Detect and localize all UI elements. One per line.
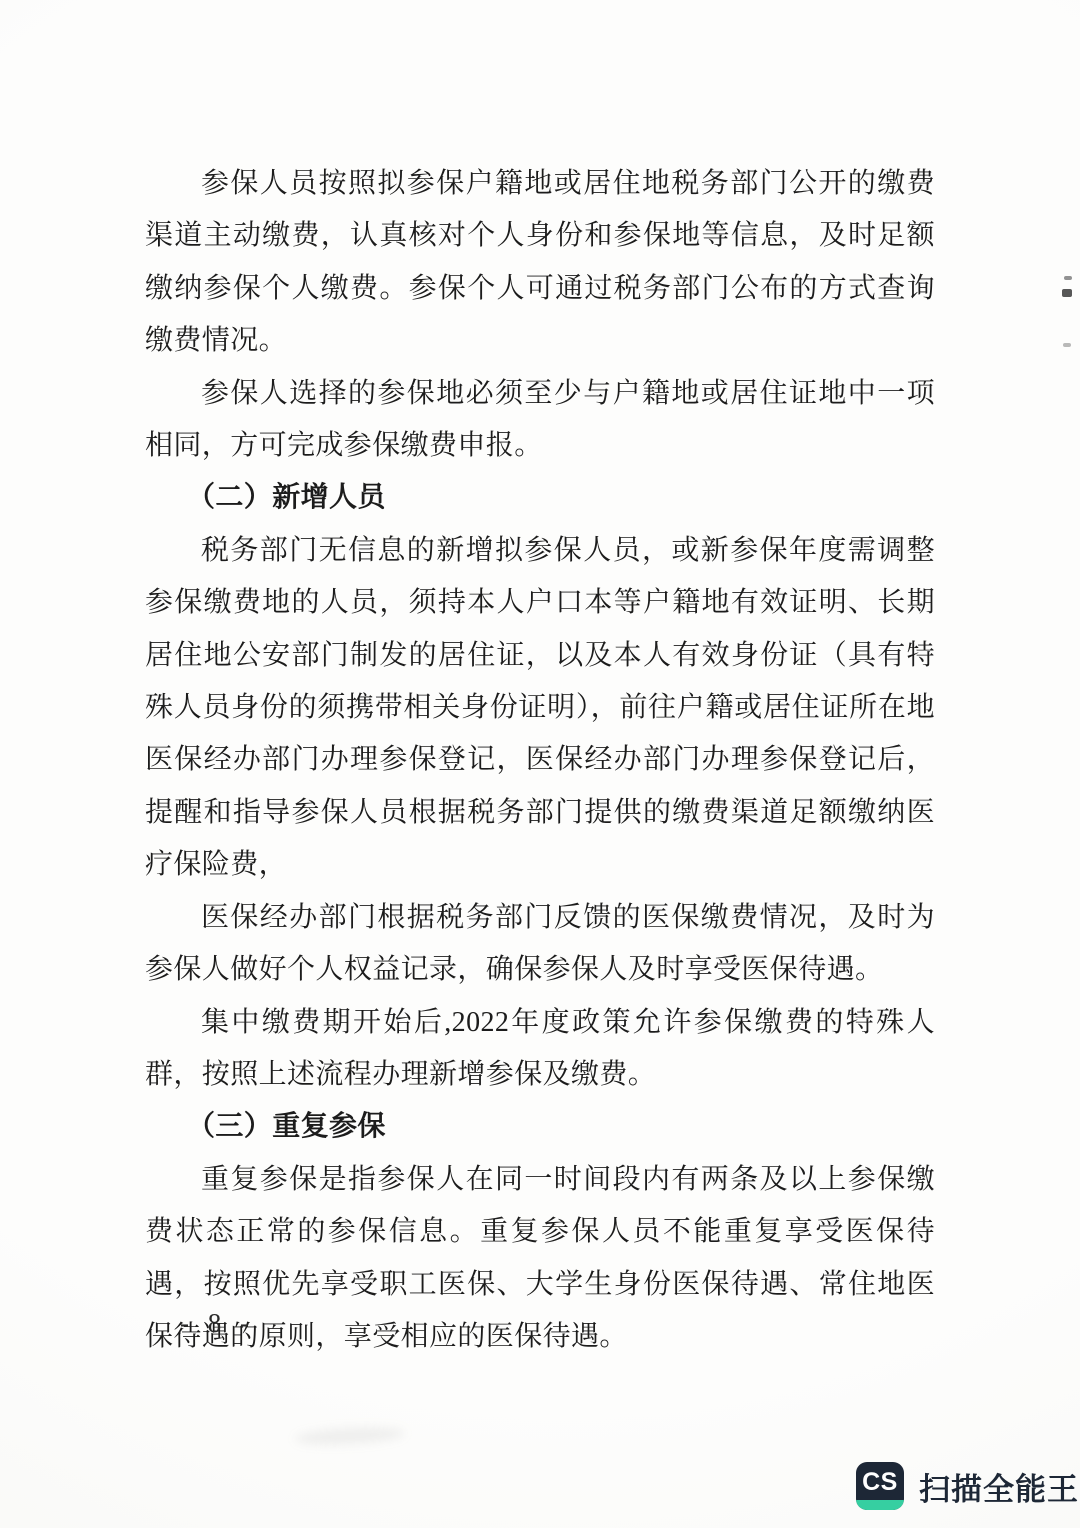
- paragraph: 税务部门无信息的新增拟参保人员，或新参保年度需调整参保缴费地的人员，须持本人户口…: [145, 525, 935, 892]
- section-heading: （三）重复参保: [145, 1101, 935, 1153]
- camscanner-logo-icon-label: CS: [856, 1463, 904, 1501]
- camscanner-logo-icon: CS: [856, 1462, 904, 1510]
- camscanner-logo-accent-bar: [856, 1500, 904, 1510]
- page-number: - 8 -: [180, 1308, 255, 1339]
- scan-edge-speck: [1062, 289, 1072, 297]
- paragraph: 重复参保是指参保人在同一时间段内有两条及以上参保缴费状态正常的参保信息。重复参保…: [145, 1154, 935, 1364]
- paragraph: 参保人选择的参保地必须至少与户籍地或居住证地中一项相同，方可完成参保缴费申报。: [145, 368, 935, 473]
- section-heading: （二）新增人员: [145, 472, 935, 524]
- scanned-document-page: 参保人员按照拟参保户籍地或居住地税务部门公开的缴费渠道主动缴费，认真核对个人身份…: [0, 0, 1080, 1528]
- scan-edge-speck: [1063, 343, 1071, 347]
- document-body: 参保人员按照拟参保户籍地或居住地税务部门公开的缴费渠道主动缴费，认真核对个人身份…: [145, 158, 935, 1363]
- scan-edge-speck: [1064, 276, 1072, 280]
- camscanner-watermark: CS 扫描全能王: [856, 1462, 1079, 1510]
- paragraph: 参保人员按照拟参保户籍地或居住地税务部门公开的缴费渠道主动缴费，认真核对个人身份…: [145, 158, 935, 368]
- scan-smudge-artifact: [295, 1425, 406, 1447]
- camscanner-app-name: 扫描全能王: [919, 1464, 1079, 1509]
- paragraph: 医保经办部门根据税务部门反馈的医保缴费情况，及时为参保人做好个人权益记录，确保参…: [145, 892, 935, 997]
- paragraph: 集中缴费期开始后,2022年度政策允许参保缴费的特殊人群，按照上述流程办理新增参…: [145, 997, 935, 1102]
